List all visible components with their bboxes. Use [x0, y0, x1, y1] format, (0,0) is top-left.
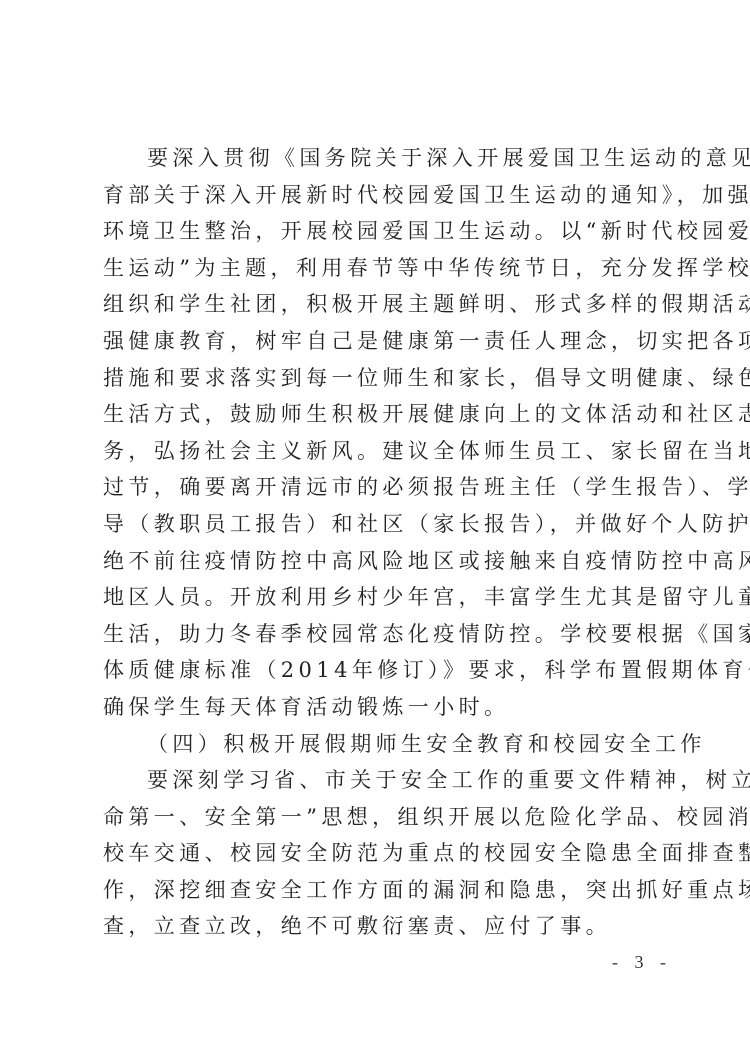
text-line: 导（教职员工报告）和社区（家长报告），并做好个人防护措施。: [103, 506, 665, 543]
text-line: 生活，助力冬春季校园常态化疫情防控。学校要根据《国家学生: [103, 616, 665, 653]
text-line: 查，立查立改，绝不可敷衍塞责、应付了事。: [103, 908, 665, 945]
text-line: 要深入贯彻《国务院关于深入开展爱国卫生运动的意见》《教: [103, 140, 665, 177]
text-line: 校车交通、校园安全防范为重点的校园安全隐患全面排查整治工: [103, 835, 665, 872]
paragraph-patriotic-health: 要深入贯彻《国务院关于深入开展爱国卫生运动的意见》《教 育部关于深入开展新时代校…: [103, 140, 665, 726]
page-number: - 3 -: [612, 952, 672, 973]
section-heading-text: （四）积极开展假期师生安全教育和校园安全工作: [103, 726, 665, 763]
text-line: 作，深挖细查安全工作方面的漏洞和隐患，突出抓好重点场所排: [103, 872, 665, 909]
text-line: 育部关于深入开展新时代校园爱国卫生运动的通知》，加强校园: [103, 177, 665, 214]
text-line: 命第一、安全第一”思想，组织开展以危险化学品、校园消防、: [103, 799, 665, 836]
text-line: 措施和要求落实到每一位师生和家长，倡导文明健康、绿色环保: [103, 360, 665, 397]
text-line: 生活方式，鼓励师生积极开展健康向上的文体活动和社区志愿服: [103, 396, 665, 433]
text-line: 要深刻学习省、市关于安全工作的重要文件精神，树立“生: [103, 762, 665, 799]
document-page: 要深入贯彻《国务院关于深入开展爱国卫生运动的意见》《教 育部关于深入开展新时代校…: [0, 0, 750, 1060]
section-heading: （四）积极开展假期师生安全教育和校园安全工作: [103, 726, 665, 763]
text-line: 体质健康标准（2014年修订）》要求，科学布置假期体育作业，: [103, 652, 665, 689]
paragraph-safety-work: 要深刻学习省、市关于安全工作的重要文件精神，树立“生 命第一、安全第一”思想，组…: [103, 762, 665, 945]
text-line: 生运动”为主题，利用春节等中华传统节日，充分发挥学校党团: [103, 250, 665, 287]
text-line: 过节，确要离开清远市的必须报告班主任（学生报告）、学校领: [103, 469, 665, 506]
text-line: 地区人员。开放利用乡村少年宫，丰富学生尤其是留守儿童假期: [103, 579, 665, 616]
text-line: 务，弘扬社会主义新风。建议全体师生员工、家长留在当地度假: [103, 433, 665, 470]
text-line: 绝不前往疫情防控中高风险地区或接触来自疫情防控中高风险: [103, 543, 665, 580]
text-line: 确保学生每天体育活动锻炼一小时。: [103, 689, 665, 726]
text-line: 环境卫生整治，开展校园爱国卫生运动。以“新时代校园爱国卫: [103, 213, 665, 250]
document-body: 要深入贯彻《国务院关于深入开展爱国卫生运动的意见》《教 育部关于深入开展新时代校…: [103, 140, 665, 945]
text-line: 强健康教育，树牢自己是健康第一责任人理念，切实把各项防控: [103, 323, 665, 360]
text-line: 组织和学生社团，积极开展主题鲜明、形式多样的假期活动。加: [103, 286, 665, 323]
